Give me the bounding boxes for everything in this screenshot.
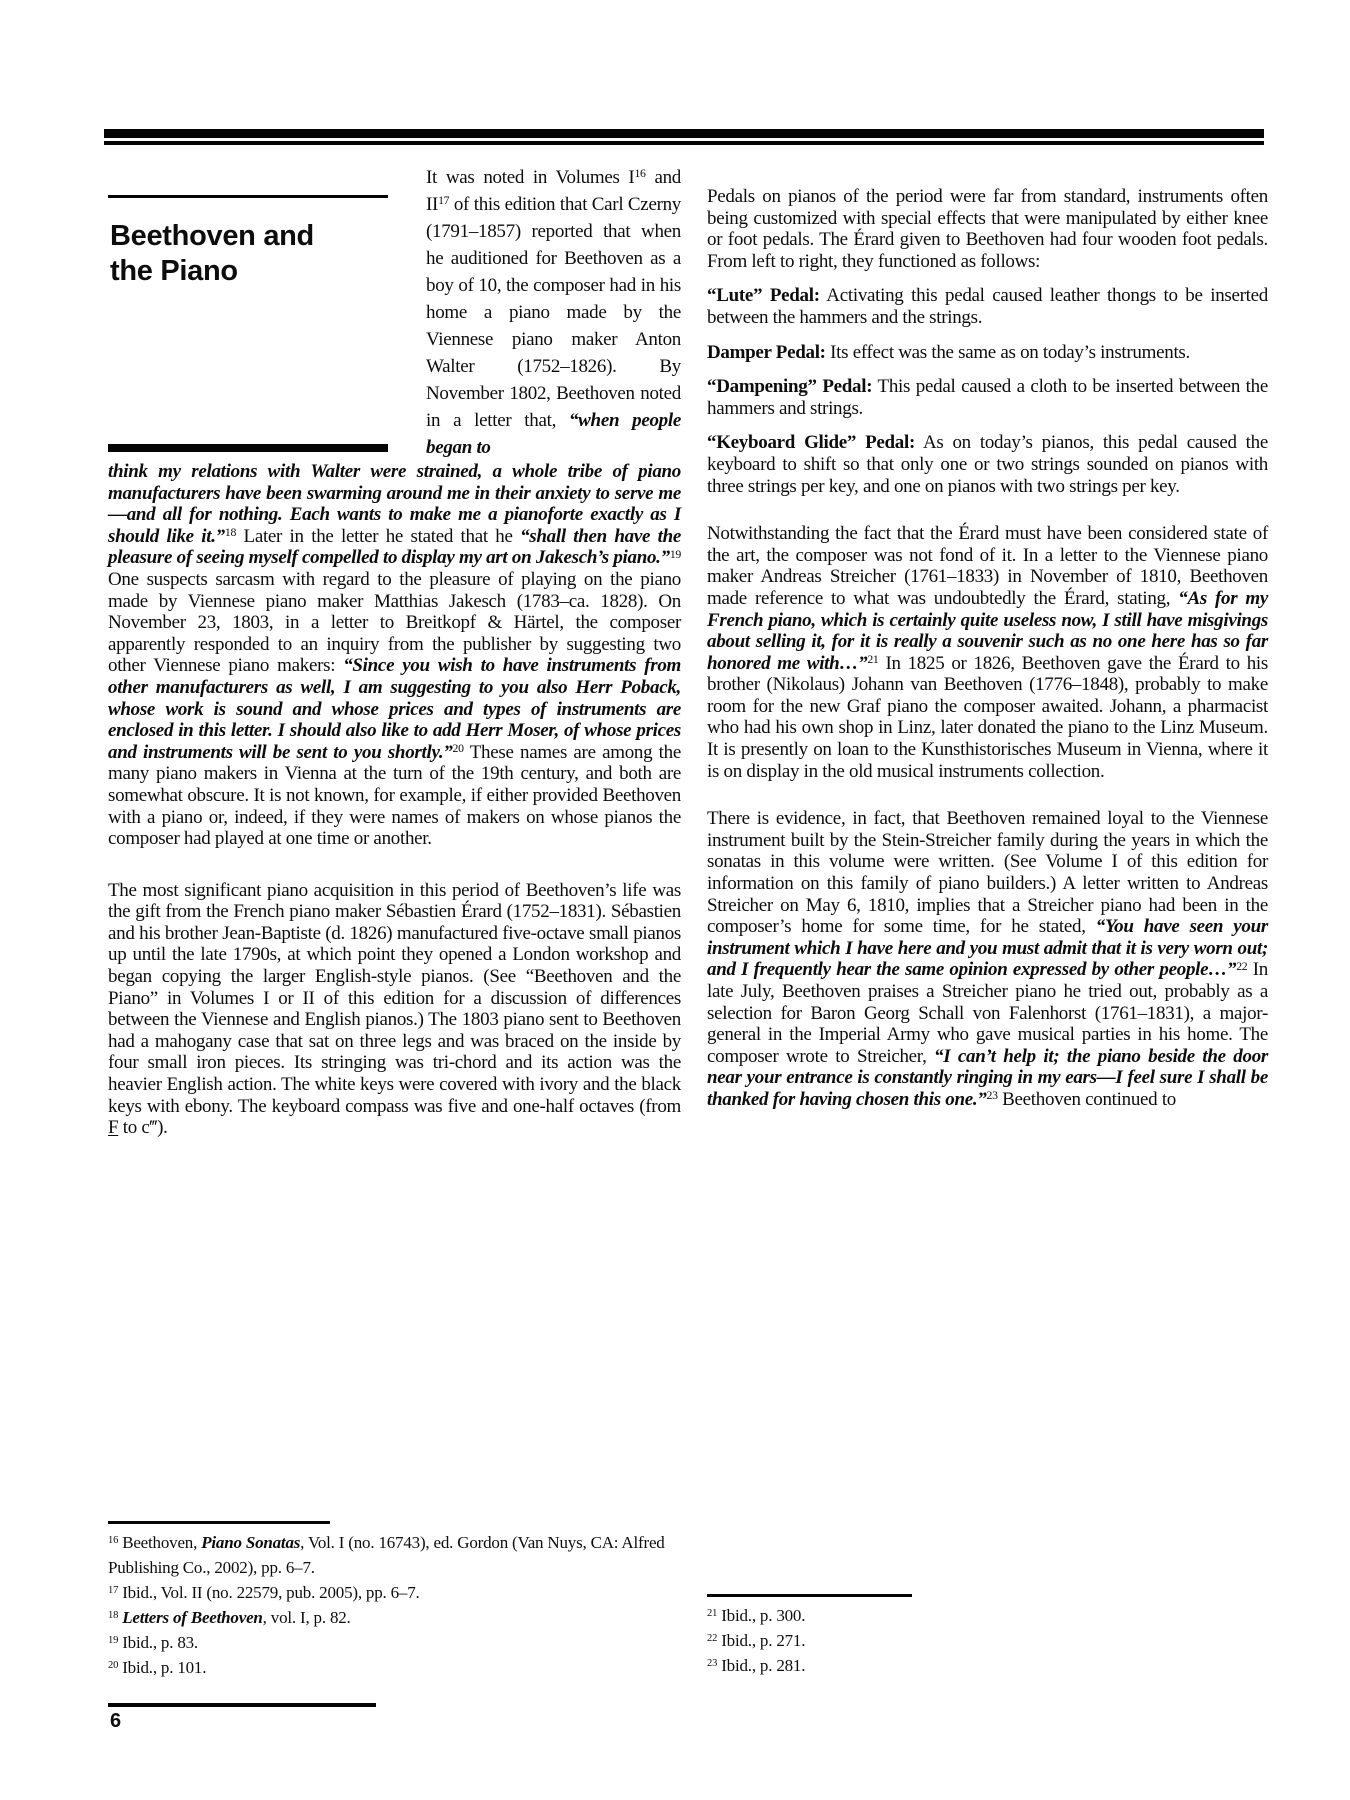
footnote-21: 21 Ibid., p. 300. [707,1603,1268,1628]
pedal-item-dampening: “Dampening” Pedal: This pedal caused a c… [707,376,1268,419]
heading-bottom-rule [108,444,388,452]
footnote-22: 22 Ibid., p. 271. [707,1628,1268,1653]
footnotes-left-block: 16 Beethoven, Piano Sonatas, Vol. I (no.… [108,1521,673,1680]
footnote-22-text: Ibid., p. 271. [721,1631,805,1650]
top-double-rule [104,129,1264,145]
footnote-21-number: 21 [707,1608,717,1619]
footnote-23-text: Ibid., p. 281. [721,1656,805,1675]
paragraph-erard-opinion: Notwithstanding the fact that the Érard … [707,523,1268,782]
footnote-17-text: Ibid., Vol. II (no. 22579, pub. 2005), p… [122,1583,419,1602]
right-column-body: Pedals on pianos of the period were far … [707,186,1268,1111]
page-number-rule [108,1703,376,1707]
pedal-item-keyboard-glide: “Keyboard Glide” Pedal: As on today’s pi… [707,432,1268,497]
top-rule-thin [104,141,1264,145]
section-heading-box: Beethoven and the Piano [108,162,426,461]
footnote-19-text: Ibid., p. 83. [122,1633,198,1652]
footnote-18-text: Letters of Beethoven, vol. I, p. 82. [122,1608,350,1627]
footnote-20-text: Ibid., p. 101. [122,1658,206,1677]
footnotes-right-block: 21 Ibid., p. 300. 22 Ibid., p. 271. 23 I… [707,1594,1268,1678]
footnote-16: 16 Beethoven, Piano Sonatas, Vol. I (no.… [108,1530,673,1580]
paragraph-streicher-loyalty: There is evidence, in fact, that Beethov… [707,808,1268,1110]
top-rule-thick [104,129,1264,138]
pedal-item-lute: “Lute” Pedal: Activating this pedal caus… [707,285,1268,328]
heading-and-intro-row: Beethoven and the Piano It was noted in … [108,162,681,461]
paragraph-pedals-intro: Pedals on pianos of the period were far … [707,186,1268,272]
footnote-17: 17 Ibid., Vol. II (no. 22579, pub. 2005)… [108,1580,673,1605]
footnote-22-number: 22 [707,1633,717,1644]
page-title: Beethoven and the Piano [110,219,360,290]
footnote-23-number: 23 [707,1658,717,1669]
paragraph-walter-letter: think my relations with Walter were stra… [108,461,681,850]
intro-paragraph-narrow: It was noted in Volumes I16 and II17 of … [426,162,681,461]
two-column-layout: Beethoven and the Piano It was noted in … [108,162,1268,1152]
left-column-body: think my relations with Walter were stra… [108,461,681,1139]
footnote-18: 18 Letters of Beethoven, vol. I, p. 82. [108,1605,673,1630]
footnote-18-number: 18 [108,1610,118,1621]
book-page: Beethoven and the Piano It was noted in … [0,0,1350,1800]
page-number: 6 [110,1710,121,1733]
footnote-separator-rule-right [707,1594,912,1597]
footnote-23: 23 Ibid., p. 281. [707,1653,1268,1678]
footnote-19-number: 19 [108,1635,118,1646]
right-column: Pedals on pianos of the period were far … [707,162,1268,1152]
heading-top-rule [108,195,388,198]
footnote-20: 20 Ibid., p. 101. [108,1655,673,1680]
footnote-17-number: 17 [108,1585,118,1596]
paragraph-erard-gift: The most significant piano acquisition i… [108,880,681,1139]
footnote-21-text: Ibid., p. 300. [721,1606,805,1625]
footnote-16-text: Beethoven, Piano Sonatas, Vol. I (no. 16… [108,1533,665,1577]
footnote-19: 19 Ibid., p. 83. [108,1630,673,1655]
left-column: Beethoven and the Piano It was noted in … [108,162,681,1152]
footnote-20-number: 20 [108,1660,118,1671]
footnote-separator-rule-left [108,1521,330,1524]
heading-spacer [108,290,426,444]
pedal-item-damper: Damper Pedal: Its effect was the same as… [707,342,1268,364]
footnote-16-number: 16 [108,1535,118,1546]
